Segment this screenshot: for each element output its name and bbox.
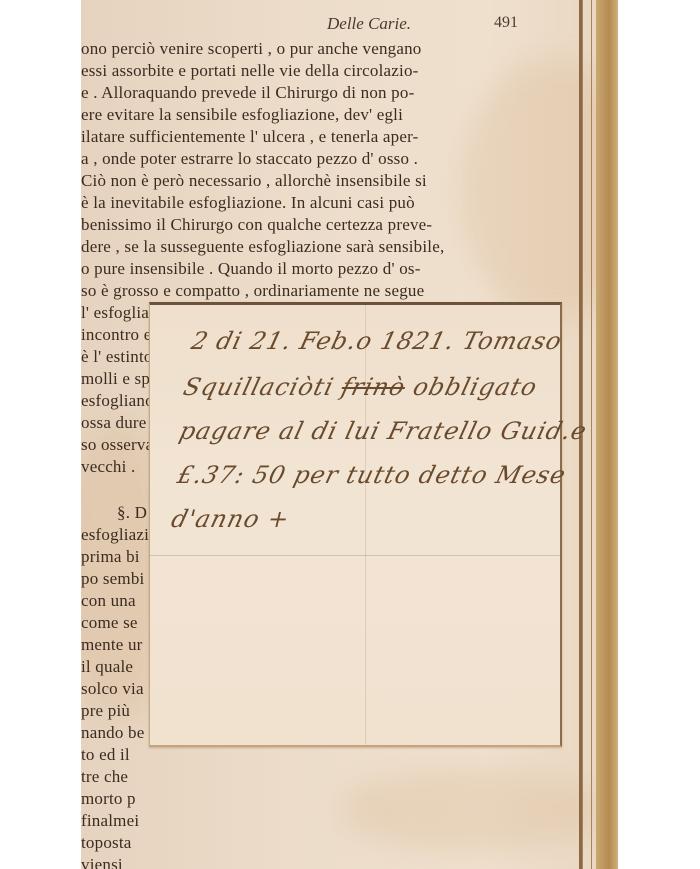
- text-line: morto p: [81, 788, 136, 810]
- text-line: toposta: [81, 832, 132, 854]
- foxing-stain: [461, 60, 618, 320]
- handwritten-note-slip: 2 di 21. Feb.o 1821. Tomaso Squillaciòti…: [149, 302, 562, 747]
- book-page-photo: Delle Carie. 491 ono perciò venire scope…: [81, 0, 618, 869]
- text-line: po sembi: [81, 568, 144, 590]
- text-line: esfogliano: [81, 390, 154, 412]
- handwritten-obligation: obbligato: [410, 373, 540, 401]
- text-line: to ed il: [81, 744, 130, 766]
- handwritten-line-name: Squillaciòti frinò obbligato: [181, 373, 541, 401]
- page-number: 491: [494, 14, 518, 32]
- text-line: e . Alloraquando prevede il Chirurgo di …: [81, 82, 414, 104]
- text-line: nando be: [81, 722, 144, 744]
- text-line: finalmei: [81, 810, 139, 832]
- text-line: a , onde poter estrarre lo staccato pezz…: [81, 148, 418, 170]
- note-crease: [150, 555, 560, 556]
- text-line: è la inevitabile esfogliazione. In alcun…: [81, 192, 415, 214]
- text-line: il quale: [81, 656, 133, 678]
- text-line: esfogliazi: [81, 524, 149, 546]
- running-title: Delle Carie.: [327, 14, 411, 34]
- text-line: solco via: [81, 678, 144, 700]
- text-line: essi assorbite e portati nelle vie della…: [81, 60, 419, 82]
- handwritten-line-closing: d'anno +: [169, 505, 293, 533]
- handwritten-struck-word: frinò: [339, 373, 409, 401]
- page-edge-line: [591, 0, 592, 869]
- text-line: tre che: [81, 766, 128, 788]
- text-line: ilatare sufficientemente l' ulcera , e t…: [81, 126, 419, 148]
- text-line: dere , se la susseguente esfogliazione s…: [81, 236, 444, 258]
- text-line: o pure insensibile . Quando il morto pez…: [81, 258, 421, 280]
- handwritten-line-amount: £.37: 50 per tutto detto Mese: [175, 461, 570, 489]
- text-line: benissimo il Chirurgo con qualche certez…: [81, 214, 432, 236]
- text-line: mente ur: [81, 634, 143, 656]
- text-line: so osserva: [81, 434, 153, 456]
- handwritten-line-date: 2 di 21. Feb.o 1821. Tomaso: [189, 327, 566, 355]
- foxing-stain: [341, 770, 601, 850]
- text-line: so è grosso e compatto , ordinariamente …: [81, 280, 424, 302]
- text-line: prima bi: [81, 546, 140, 568]
- running-head: Delle Carie. 491: [81, 14, 561, 36]
- book-gutter: [596, 0, 618, 869]
- text-line: pre più: [81, 700, 130, 722]
- text-line: ossa dure: [81, 412, 147, 434]
- text-line: ono perciò venire scoperti , o pur anche…: [81, 38, 422, 60]
- handwritten-name: Squillaciòti: [181, 373, 337, 401]
- section-heading: §. D: [117, 502, 147, 524]
- text-line: con una: [81, 590, 136, 612]
- text-line: come se: [81, 612, 138, 634]
- handwritten-line-payee: pagare al di lui Fratello Guid.e: [177, 417, 591, 445]
- text-line: Ciò non è però necessario , allorchè ins…: [81, 170, 427, 192]
- text-line: viensi: [81, 854, 123, 869]
- note-fold-crease: [365, 305, 366, 745]
- text-line: vecchi .: [81, 456, 135, 478]
- text-line: ere evitare la sensibile esfogliazione, …: [81, 104, 403, 126]
